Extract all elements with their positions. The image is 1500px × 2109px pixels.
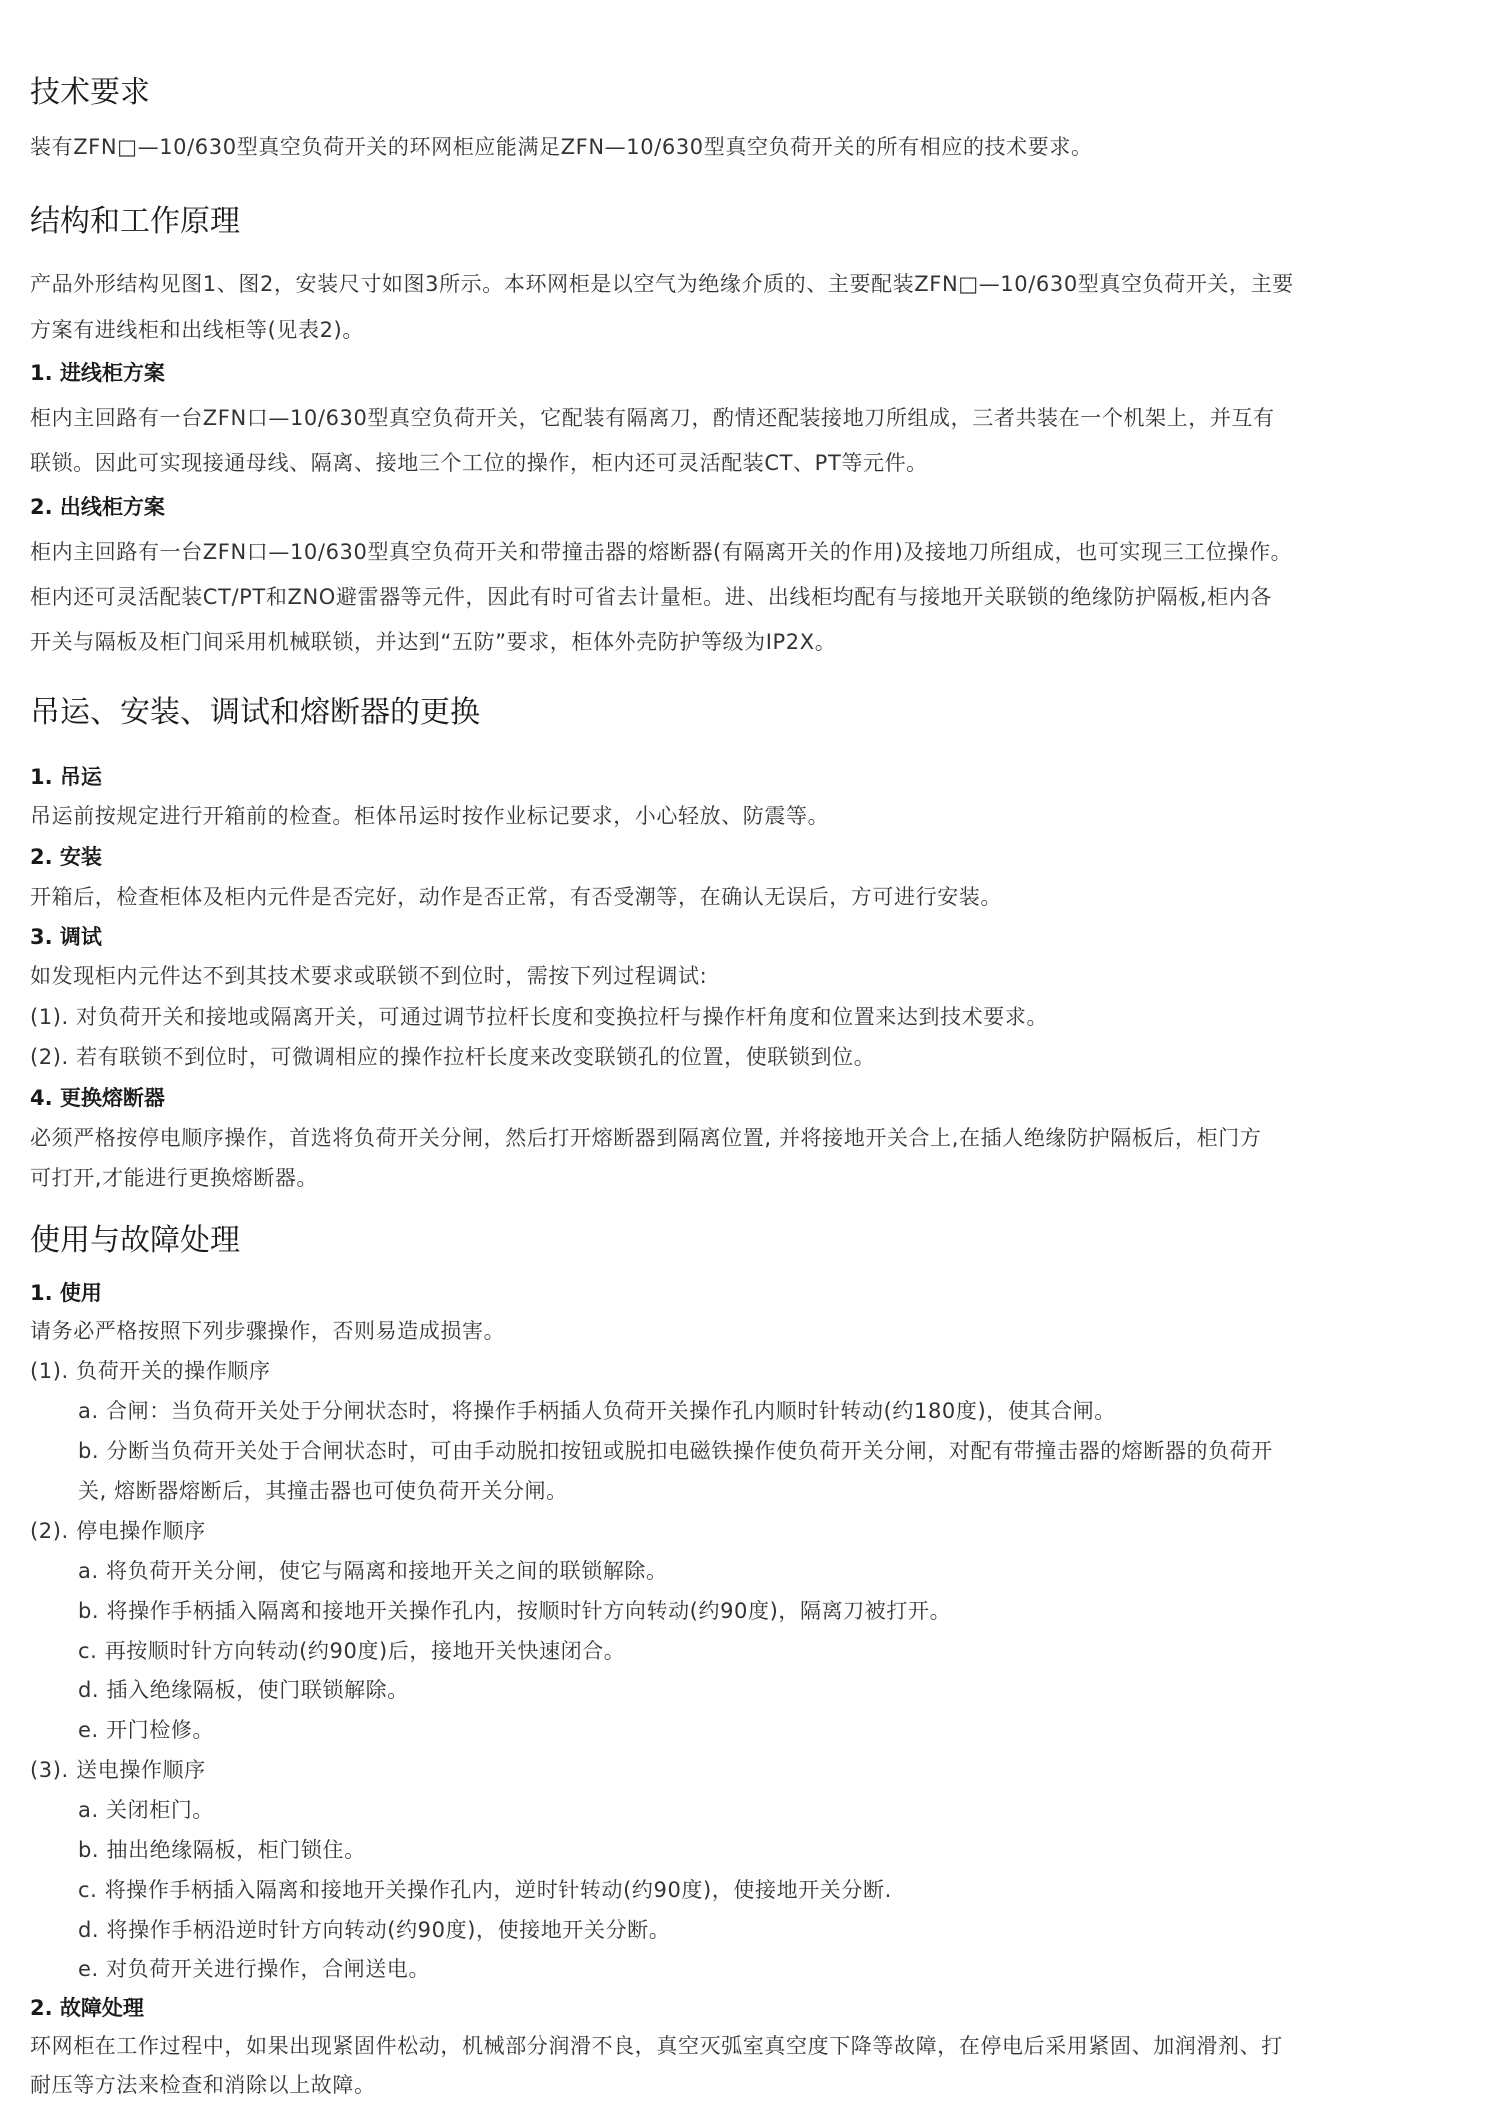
step-item: a. 将负荷开关分闸，使它与隔离和接地开关之间的联锁解除。 [78, 1561, 668, 1582]
subsection-title: 2. 故障处理 [30, 1998, 144, 2019]
paragraph-line: 柜内还可灵活配装CT/PT和ZNO避雷器等元件，因此有时可省去计量柜。进、出线柜… [30, 587, 1272, 608]
step-group-title: (1). 负荷开关的操作顺序 [30, 1361, 271, 1382]
paragraph-line: 装有ZFN□—10/630型真空负荷开关的环网柜应能满足ZFN—10/630型真… [30, 137, 1093, 158]
subsection-title: 4. 更换熔断器 [30, 1088, 165, 1109]
step-item: b. 分断当负荷开关处于合闸状态时，可由手动脱扣按钮或脱扣电磁铁操作使负荷开关分… [78, 1441, 1273, 1462]
step-group-title: (2). 停电操作顺序 [30, 1521, 206, 1542]
step-item: a. 关闭柜门。 [78, 1800, 214, 1821]
step-item: 关, 熔断器熔断后，其撞击器也可使负荷开关分闸。 [78, 1481, 568, 1502]
subsection-title: 1. 进线柜方案 [30, 363, 165, 384]
paragraph-line: 柜内主回路有一台ZFN口—10/630型真空负荷开关，它配装有隔离刀，酌情还配装… [30, 408, 1275, 429]
paragraph-line: 开箱后，检查柜体及柜内元件是否完好，动作是否正常，有否受潮等，在确认无误后，方可… [30, 887, 1002, 908]
section-title-usage: 使用与故障处理 [30, 1226, 240, 1256]
step-item: c. 再按顺时针方向转动(约90度)后，接地开关快速闭合。 [78, 1641, 625, 1662]
paragraph-line: (2). 若有联锁不到位时，可微调相应的操作拉杆长度来改变联锁孔的位置，使联锁到… [30, 1047, 875, 1068]
paragraph-line: 产品外形结构见图1、图2，安装尺寸如图3所示。本环网柜是以空气为绝缘介质的、主要… [30, 274, 1294, 295]
paragraph-line: 请务必严格按照下列步骤操作，否则易造成损害。 [30, 1321, 505, 1342]
step-item: c. 将操作手柄插入隔离和接地开关操作孔内，逆时针转动(约90度)，使接地开关分… [78, 1880, 892, 1901]
paragraph-line: 耐压等方法来检查和消除以上故障。 [30, 2075, 376, 2096]
subsection-title: 2. 安装 [30, 847, 102, 868]
paragraph-line: 可打开,才能进行更换熔断器。 [30, 1168, 318, 1189]
step-item: a. 合闸：当负荷开关处于分闸状态时，将操作手柄插人负荷开关操作孔内顺时针转动(… [78, 1401, 1116, 1422]
paragraph-line: (1). 对负荷开关和接地或隔离开关，可通过调节拉杆长度和变换拉杆与操作杆角度和… [30, 1007, 1048, 1028]
section-title-install: 吊运、安装、调试和熔断器的更换 [30, 698, 480, 728]
subsection-title: 1. 使用 [30, 1283, 102, 1304]
section-title-tech: 技术要求 [30, 78, 150, 108]
paragraph-line: 联锁。因此可实现接通母线、隔离、接地三个工位的操作，柜内还可灵活配装CT、PT等… [30, 453, 928, 474]
section-title-structure: 结构和工作原理 [30, 207, 240, 237]
subsection-title: 3. 调试 [30, 927, 102, 948]
step-item: e. 对负荷开关进行操作，合闸送电。 [78, 1959, 430, 1980]
paragraph-line: 环网柜在工作过程中，如果出现紧固件松动，机械部分润滑不良，真空灭弧室真空度下降等… [30, 2036, 1283, 2057]
paragraph-line: 柜内主回路有一台ZFN口—10/630型真空负荷开关和带撞击器的熔断器(有隔离开… [30, 542, 1292, 563]
subsection-title: 2. 出线柜方案 [30, 497, 165, 518]
subsection-title: 1. 吊运 [30, 767, 102, 788]
paragraph-line: 开关与隔板及柜门间采用机械联锁，并达到“五防”要求，柜体外壳防护等级为IP2X。 [30, 632, 836, 653]
step-item: e. 开门检修。 [78, 1720, 214, 1741]
step-item: d. 将操作手柄沿逆时针方向转动(约90度)，使接地开关分断。 [78, 1920, 670, 1941]
step-item: d. 插入绝缘隔板，使门联锁解除。 [78, 1680, 409, 1701]
paragraph-line: 方案有进线柜和出线柜等(见表2)。 [30, 320, 364, 341]
paragraph-line: 吊运前按规定进行开箱前的检查。柜体吊运时按作业标记要求，小心轻放、防震等。 [30, 806, 829, 827]
step-item: b. 抽出绝缘隔板，柜门锁住。 [78, 1840, 366, 1861]
document-page: 技术要求 装有ZFN□—10/630型真空负荷开关的环网柜应能满足ZFN—10/… [0, 0, 1500, 2109]
paragraph-line: 必须严格按停电顺序操作，首选将负荷开关分闸，然后打开熔断器到隔离位置, 并将接地… [30, 1128, 1261, 1149]
step-group-title: (3). 送电操作顺序 [30, 1760, 206, 1781]
step-item: b. 将操作手柄插入隔离和接地开关操作孔内，按顺时针方向转动(约90度)，隔离刀… [78, 1601, 951, 1622]
paragraph-line: 如发现柜内元件达不到其技术要求或联锁不到位时，需按下列过程调试: [30, 966, 707, 987]
